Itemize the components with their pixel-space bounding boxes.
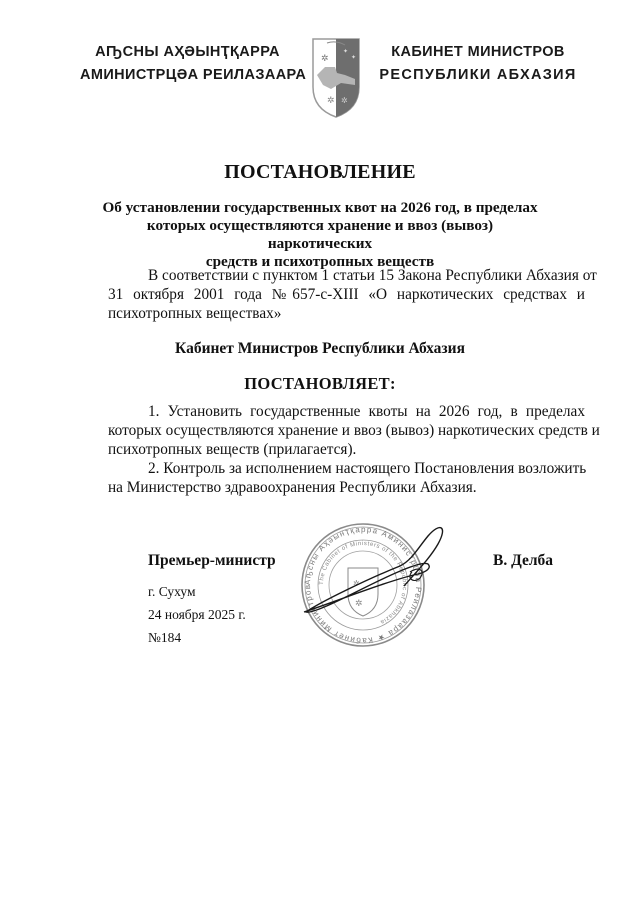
subject-line: Об установлении государственных квот на … [100, 199, 540, 217]
letterhead-abkhaz-line-2: АМИНИСТРЦӘА РЕИЛАЗААРА [80, 67, 295, 83]
svg-text:✦: ✦ [343, 48, 348, 55]
document-number: №184 [148, 630, 181, 646]
item-line: 1. Установить государственные квоты на 2… [148, 403, 585, 422]
letterhead-russian-line-2: РЕСПУБЛИКИ АБХАЗИЯ [368, 67, 588, 83]
letterhead-abkhaz-line-1: АҦСНЫ АҲӘЫНҬҚАРРА [80, 44, 295, 60]
item-line: на Министерство здравоохранения Республи… [108, 479, 477, 498]
svg-text:✦: ✦ [351, 54, 356, 61]
subject-line: которых осуществляются хранение и ввоз (… [100, 217, 540, 253]
document-subject: Об установлении государственных квот на … [100, 199, 540, 271]
signatory-name: В. Делба [493, 552, 553, 570]
svg-text:✲: ✲ [341, 96, 348, 105]
item-line: 2. Контроль за исполнением настоящего По… [148, 460, 585, 479]
svg-text:✲: ✲ [327, 95, 335, 105]
preamble-line: 31 октября 2001 года №657-с-XIII «О нарк… [108, 286, 585, 305]
letterhead-russian-line-1: КАБИНЕТ МИНИСТРОВ [368, 44, 588, 60]
handwritten-signature-icon [300, 520, 450, 620]
signatory-role: Премьер-министр [148, 552, 276, 570]
svg-text:✲: ✲ [321, 53, 329, 63]
item-line: психотропных веществ (прилагается). [108, 441, 356, 460]
preamble-line: В соответствии с пунктом 1 статьи 15 Зак… [148, 267, 585, 286]
document-type-title: ПОСТАНОВЛЕНИЕ [0, 161, 640, 184]
item-line: которых осуществляются хранение и ввоз (… [108, 422, 585, 441]
issuer-heading: Кабинет Министров Республики Абхазия [0, 340, 640, 358]
preamble-line: психотропных веществах» [108, 305, 281, 324]
issue-date: 24 ноября 2025 г. [148, 607, 246, 623]
coat-of-arms-icon: ✲ ✦ ✦ ✲ ✲ [311, 37, 361, 119]
issue-city: г. Сухум [148, 584, 196, 600]
resolves-heading: ПОСТАНОВЛЯЕТ: [0, 374, 640, 394]
